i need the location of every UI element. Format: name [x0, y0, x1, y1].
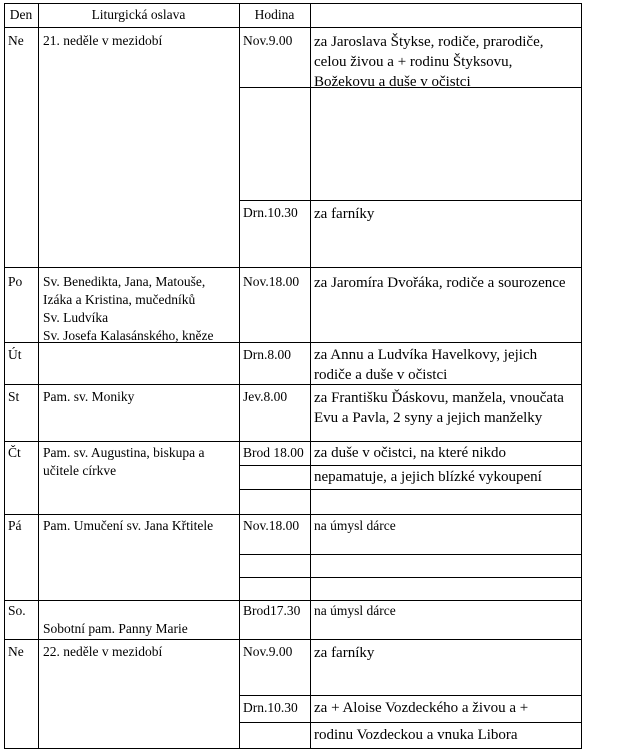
- intention-cell: na úmysl dárce: [314, 517, 396, 535]
- table-border-left: [4, 3, 5, 749]
- intention-cell: rodinu Vozdeckou a vnuka Libora: [314, 725, 518, 745]
- slot-divider: [239, 722, 582, 723]
- time-cell: Brod17.30: [243, 602, 300, 620]
- slot-divider: [239, 577, 582, 578]
- day-cell: So.: [8, 602, 26, 620]
- day-cell: Pá: [8, 517, 22, 535]
- intention-cell: na úmysl dárce: [314, 602, 396, 620]
- time-cell: Jev.8.00: [243, 388, 287, 406]
- time-cell: Nov.18.00: [243, 273, 299, 291]
- slot-divider: [239, 695, 582, 696]
- celebration-cell: 21. neděle v mezidobí: [43, 32, 162, 50]
- time-cell: Drn.10.30: [243, 204, 298, 222]
- time-cell: Drn.10.30: [243, 699, 298, 717]
- time-cell: Nov.18.00: [243, 517, 299, 535]
- column-divider: [38, 3, 39, 749]
- day-cell: Út: [8, 346, 22, 364]
- slot-divider: [239, 489, 582, 490]
- celebration-cell: Sv. Benedikta, Jana, Matouše, Izáka a Kr…: [43, 273, 213, 345]
- header-hodina: Hodina: [239, 6, 310, 24]
- row-divider: [4, 441, 582, 442]
- celebration-cell: 22. neděle v mezidobí: [43, 643, 162, 661]
- celebration-cell: Sobotní pam. Panny Marie: [43, 620, 188, 638]
- column-divider: [310, 3, 311, 749]
- table-border-bottom: [4, 748, 582, 749]
- day-cell: Po: [8, 273, 22, 291]
- header-liturgicka-oslava: Liturgická oslava: [38, 6, 239, 24]
- intention-cell: za farníky: [314, 643, 374, 663]
- header-den: Den: [4, 6, 38, 24]
- row-divider: [4, 514, 582, 515]
- row-divider: [4, 27, 582, 28]
- day-cell: Čt: [8, 444, 21, 462]
- table-border-top: [4, 3, 582, 4]
- slot-divider: [239, 465, 582, 466]
- time-cell: Nov.9.00: [243, 32, 292, 50]
- intention-cell: za Annu a Ludvíka Havelkovy, jejich rodi…: [314, 345, 537, 385]
- column-divider: [239, 3, 240, 749]
- slot-divider: [239, 200, 582, 201]
- day-cell: St: [8, 388, 19, 406]
- row-divider: [4, 639, 582, 640]
- intention-cell: za Jaromíra Dvořáka, rodiče a sourozence: [314, 273, 566, 293]
- table-border-right: [581, 3, 582, 749]
- time-cell: Drn.8.00: [243, 346, 291, 364]
- row-divider: [4, 600, 582, 601]
- row-divider: [4, 267, 582, 268]
- celebration-cell: Pam. sv. Moniky: [43, 388, 134, 406]
- day-cell: Ne: [8, 643, 24, 661]
- intention-cell: za Jaroslava Štykse, rodiče, prarodiče, …: [314, 32, 544, 92]
- intention-cell: za duše v očistci, na které nikdo: [314, 443, 506, 463]
- slot-divider: [239, 554, 582, 555]
- time-cell: Brod 18.00: [243, 444, 304, 462]
- day-cell: Ne: [8, 32, 24, 50]
- intention-cell: za + Aloise Vozdeckého a živou a +: [314, 698, 528, 718]
- intention-cell: nepamatuje, a jejich blízké vykoupení: [314, 467, 542, 487]
- intention-cell: za Františku Ďáskovu, manžela, vnoučata …: [314, 388, 564, 428]
- celebration-cell: Pam. sv. Augustina, biskupa a učitele cí…: [43, 444, 205, 480]
- time-cell: Nov.9.00: [243, 643, 292, 661]
- celebration-cell: Pam. Umučení sv. Jana Křtitele: [43, 517, 213, 535]
- intention-cell: za farníky: [314, 204, 374, 224]
